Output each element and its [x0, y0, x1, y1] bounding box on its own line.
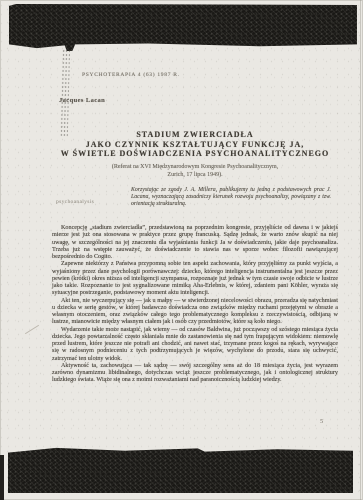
article-title-line1: STADIUM ZWIERCIADŁA [40, 130, 350, 140]
author-name: Jacques Lacan [59, 97, 105, 104]
ink-smudge-streak [60, 49, 70, 137]
article-title-line3: W ŚWIETLE DOŚWIADCZENIA PSYCHOANALITYCZN… [40, 149, 350, 159]
article-body: Koncepcję „stadium zwierciadła”, przedst… [52, 225, 338, 385]
scan-artifact-bottom-band [8, 446, 353, 493]
scratch-mark [25, 325, 39, 334]
body-paragraph-5: Aktywność ta, zachowująca — tak sądzę — … [52, 363, 338, 385]
body-paragraph-4: Wydarzenie takie może nastąpić, jak wiem… [52, 327, 338, 363]
body-paragraph-1: Koncepcję „stadium zwierciadła”, przedst… [52, 225, 338, 261]
page-edge-line [360, 0, 361, 500]
article-subtitle-line1: (Referat na XVI Międzynarodowym Kongresi… [70, 164, 320, 172]
article-title-line2: JAKO CZYNNIK KSZTAŁTUJĄCY FUNKCJĘ JA, [40, 140, 350, 150]
scan-artifact-top-band [9, 4, 357, 51]
margin-note-stamp: psychoanalysis [56, 199, 94, 205]
article-subtitle: (Referat na XVI Międzynarodowym Kongresi… [70, 164, 320, 179]
page-number: 5 [320, 418, 323, 425]
body-paragraph-3: Akt ten, nie wyczerpujący się — jak u ma… [52, 298, 338, 327]
scan-artifact-left-edge [0, 455, 4, 500]
body-paragraph-2: Zapewne niektórzy z Państwa przypomną so… [52, 261, 338, 297]
article-title: STADIUM ZWIERCIADŁA JAKO CZYNNIK KSZTAŁT… [40, 130, 350, 159]
scanned-document-page: PSYCHOTERAPIA 4 (63) 1987 R. Jacques Lac… [0, 0, 363, 500]
article-subtitle-line2: Zurich, 17 lipca 1949). [70, 172, 320, 180]
editorial-note: Korzystając ze zgody J. A. Millera, publ… [131, 187, 331, 208]
journal-header: PSYCHOTERAPIA 4 (63) 1987 R. [82, 72, 180, 78]
